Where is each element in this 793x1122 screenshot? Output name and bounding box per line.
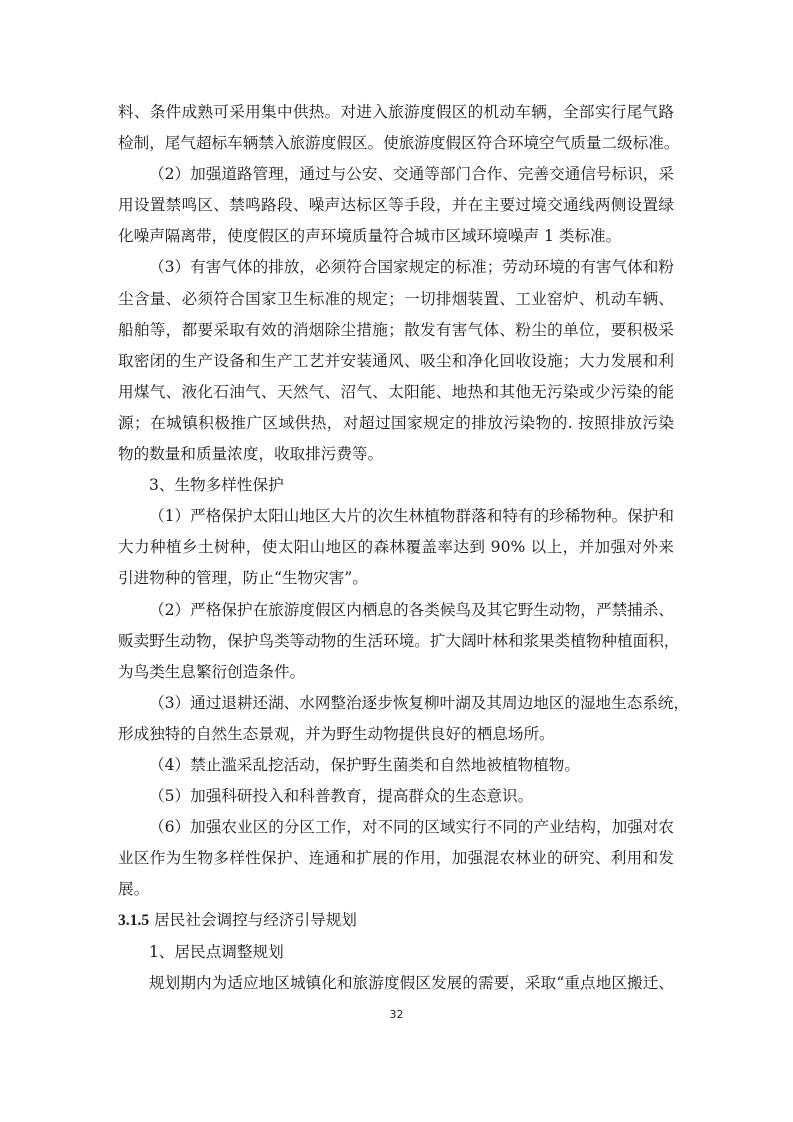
paragraph-line: 形成独特的自然生态景观，并为野生动物提供良好的栖息场所。: [118, 719, 674, 750]
paragraph-line: 化噪声隔离带，使度假区的声环境质量符合城市区域环境噪声 1 类标准。: [118, 221, 674, 252]
subheading: 1、居民点调整规划: [118, 937, 674, 968]
paragraph-line: （1）严格保护太阳山地区大片的次生林植物群落和特有的珍稀物种。保护和: [118, 501, 674, 532]
paragraph-line: 用煤气、液化石油气、天然气、沼气、太阳能、地热和其他无污染或少污染的能: [118, 377, 674, 408]
paragraph-line: 展。: [118, 874, 674, 905]
paragraph-line: 引进物种的管理，防止“生物灾害”。: [118, 563, 674, 594]
paragraph-line: 取密闭的生产设备和生产工艺并安装通风、吸尘和净化回收设施；大力发展和利: [118, 346, 674, 377]
paragraph-line: 为鸟类生息繁衍创造条件。: [118, 657, 674, 688]
paragraph-line: 业区作为生物多样性保护、连通和扩展的作用，加强混农林业的研究、利用和发: [118, 843, 674, 874]
section-number: 3.1.5: [118, 912, 149, 929]
paragraph-line: 物的数量和质量浓度，收取排污费等。: [118, 439, 674, 470]
paragraph-line: 大力种植乡土树种，使太阳山地区的森林覆盖率达到 90% 以上，并加强对外来: [118, 532, 674, 563]
list-heading-biodiversity: 3、生物多样性保护: [118, 470, 674, 501]
paragraph-line: （2）严格保护在旅游度假区内栖息的各类候鸟及其它野生动物，严禁捕杀、: [118, 595, 674, 626]
paragraph-line: 料、条件成熟可采用集中供热。对进入旅游度假区的机动车辆，全部实行尾气路: [118, 97, 674, 128]
paragraph-line: （4）禁止滥采乱挖活动，保护野生菌类和自然地被植物植物。: [118, 750, 674, 781]
paragraph-line: 贩卖野生动物，保护鸟类等动物的生活环境。扩大阔叶林和浆果类植物种植面积，: [118, 626, 674, 657]
paragraph-line: 用设置禁鸣区、禁鸣路段、噪声达标区等手段，并在主要过境交通线两侧设置绿: [118, 190, 674, 221]
document-body: 料、条件成熟可采用集中供热。对进入旅游度假区的机动车辆，全部实行尾气路 检制，尾…: [118, 97, 674, 999]
paragraph-line: 船舶等，都要采取有效的消烟除尘措施；散发有害气体、粉尘的单位，要积极采: [118, 315, 674, 346]
section-heading: 3.1.5 居民社会调控与经济引导规划: [118, 905, 674, 936]
paragraph-line: （3）通过退耕还湖、水网整治逐步恢复柳叶湖及其周边地区的湿地生态系统，: [118, 688, 674, 719]
paragraph-line: 尘含量、必须符合国家卫生标准的规定；一切排烟装置、工业窑炉、机动车辆、: [118, 284, 674, 315]
paragraph-line: 源；在城镇积极推广区域供热，对超过国家规定的排放污染物的. 按照排放污染: [118, 408, 674, 439]
paragraph-line: （2）加强道路管理，通过与公安、交通等部门合作、完善交通信号标识，采: [118, 159, 674, 190]
paragraph-line: （5）加强科研投入和科普教育，提高群众的生态意识。: [118, 781, 674, 812]
paragraph-line: （6）加强农业区的分区工作，对不同的区域实行不同的产业结构，加强对农: [118, 812, 674, 843]
section-title: 居民社会调控与经济引导规划: [154, 911, 357, 929]
paragraph-line: （3）有害气体的排放，必须符合国家规定的标准；劳动环境的有害气体和粉: [118, 252, 674, 283]
paragraph-line: 规划期内为适应地区城镇化和旅游度假区发展的需要，采取“重点地区搬迁、: [118, 968, 674, 999]
paragraph-line: 检制，尾气超标车辆禁入旅游度假区。使旅游度假区符合环境空气质量二级标准。: [118, 128, 674, 159]
page-number: 32: [0, 1008, 793, 1021]
